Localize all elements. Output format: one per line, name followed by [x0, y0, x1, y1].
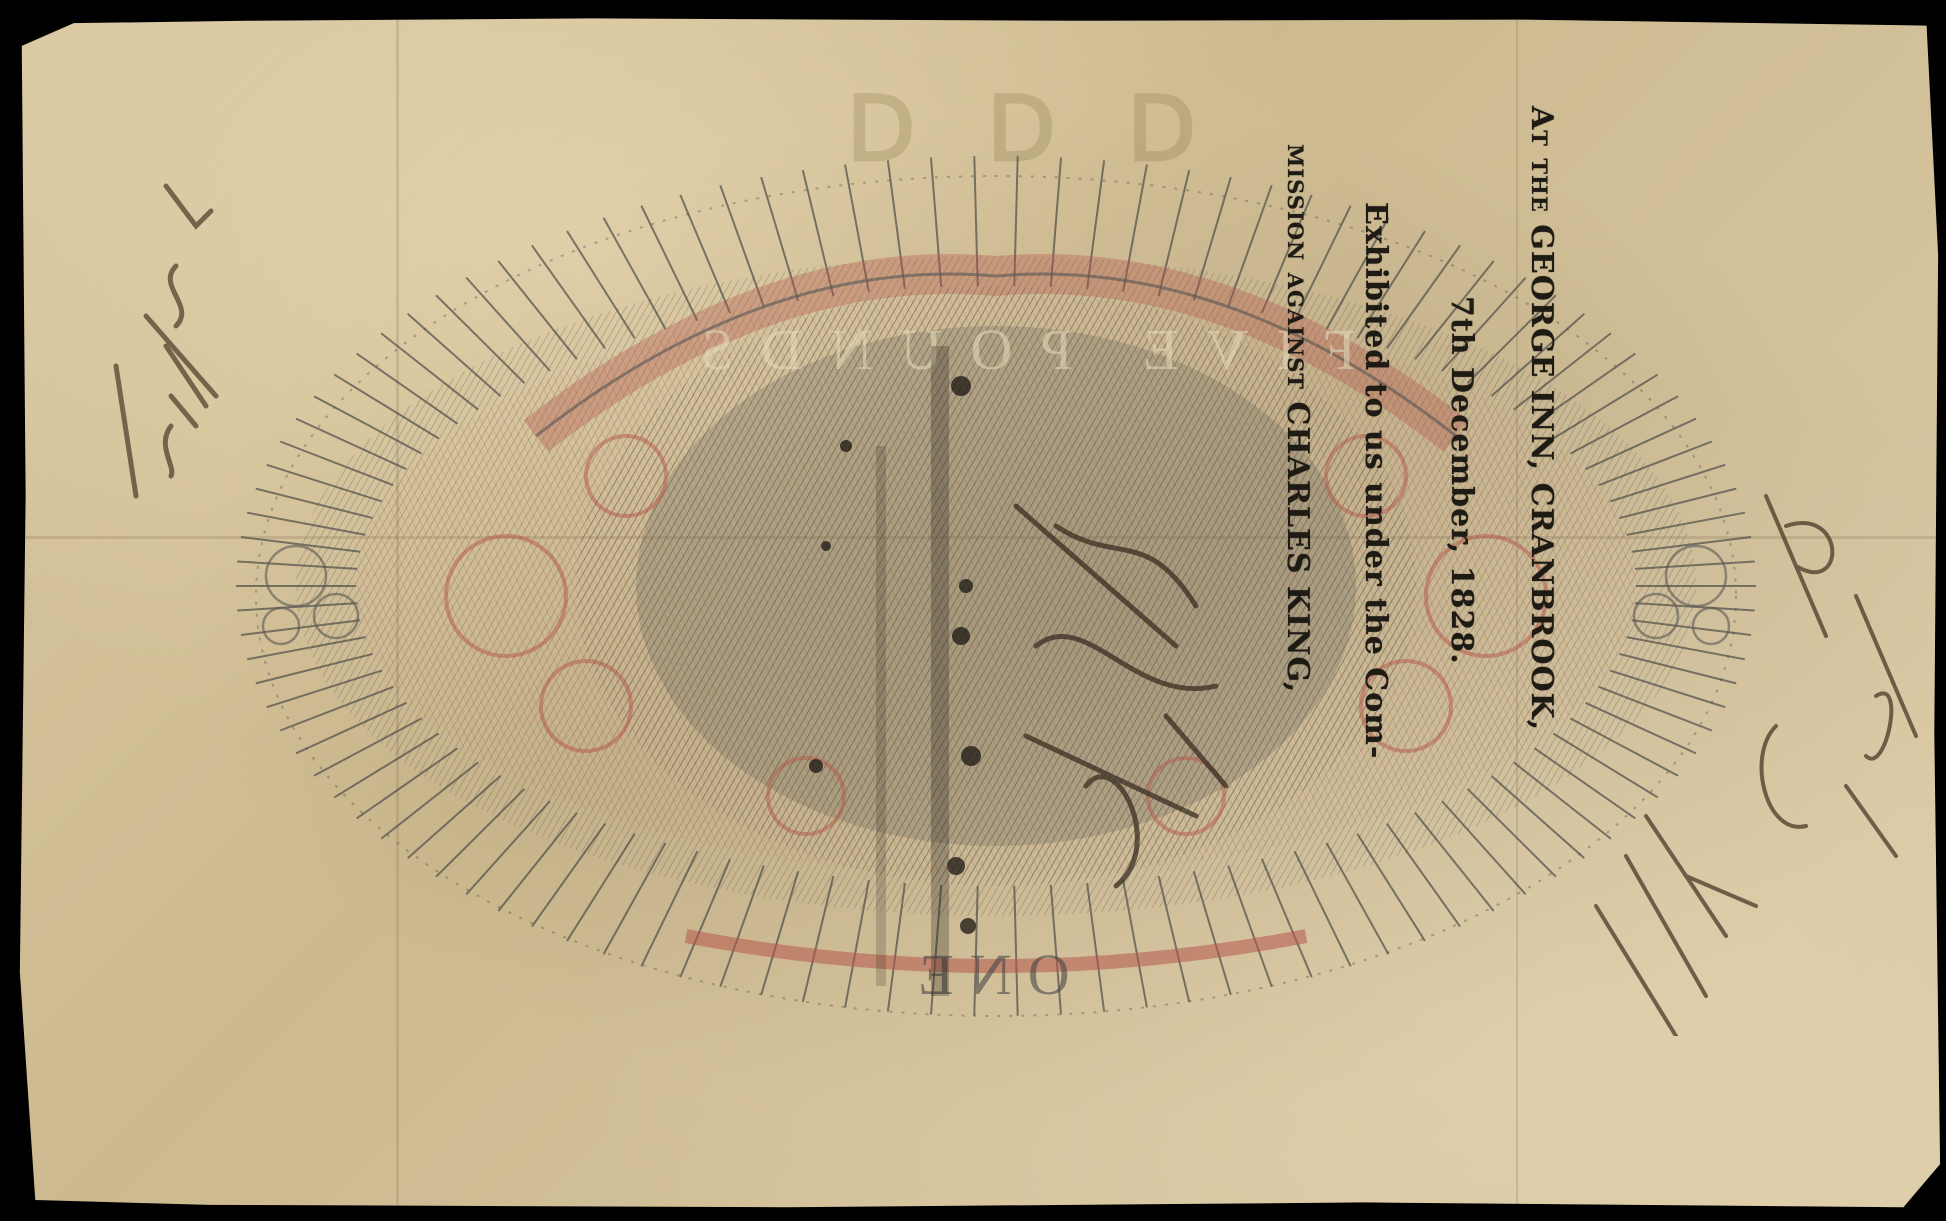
- right-signature-icon: [1586, 476, 1926, 1036]
- center-signature-icon: [996, 486, 1256, 906]
- ink-stamp-icon: [716, 326, 1016, 1026]
- banknote-reverse: ᗡ ᗡ ᗡ: [16, 16, 1942, 1212]
- endorsement-line-3: Exhibited to us under the Com-: [1358, 202, 1393, 759]
- endorsement-line-1: At the GEORGE INN, CRANBROOK,: [1524, 106, 1559, 731]
- left-signature-icon: [76, 166, 236, 526]
- printed-endorsement: At the GEORGE INN, CRANBROOK, 7th Decemb…: [1266, 106, 1566, 866]
- endorsement-line-2: 7th December, 1828.: [1444, 296, 1479, 665]
- endorsement-line-4: mission against CHARLES KING,: [1280, 144, 1315, 694]
